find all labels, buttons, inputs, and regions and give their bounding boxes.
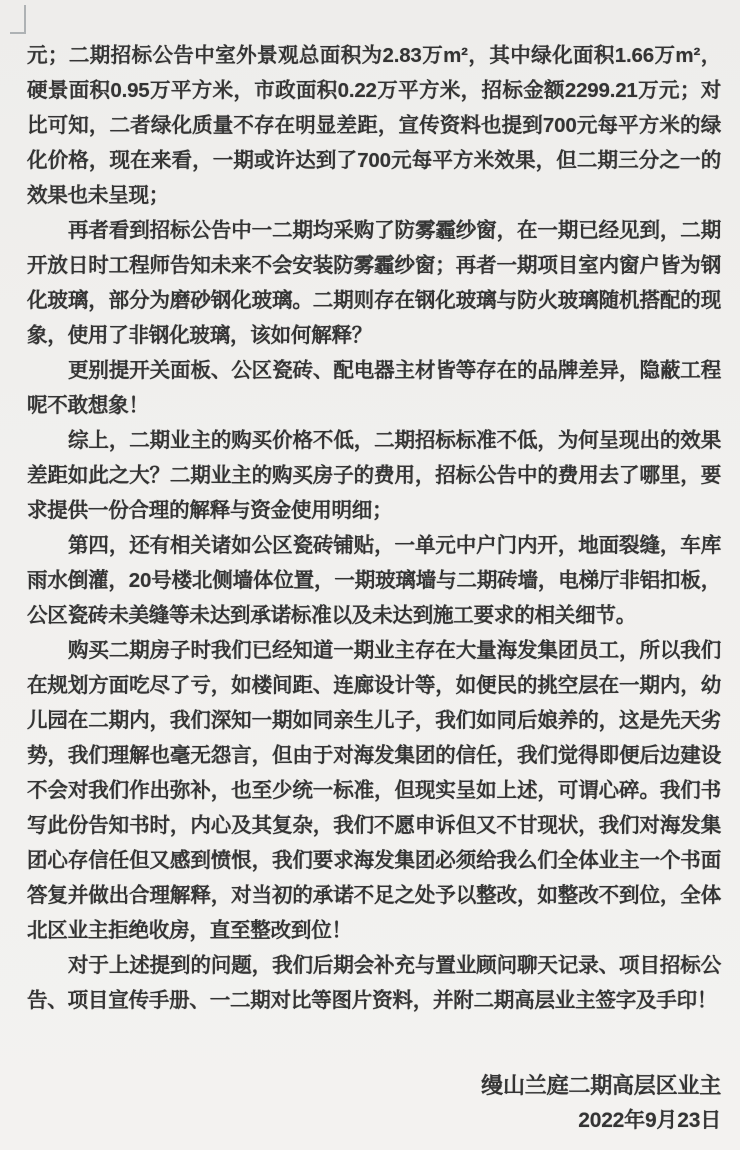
paragraph: 综上，二期业主的购买价格不低，二期招标标准不低，为何呈现出的效果差距如此之大？二…	[27, 423, 721, 528]
date-line: 2022年9月23日	[27, 1103, 721, 1138]
paragraph: 元；二期招标公告中室外景观总面积为2.83万m²，其中绿化面积1.66万m²，硬…	[27, 38, 721, 213]
signature-line: 缦山兰庭二期高层区业主	[27, 1068, 721, 1103]
paragraph: 对于上述提到的问题，我们后期会补充与置业顾问聊天记录、项目招标公告、项目宣传手册…	[27, 948, 721, 1018]
text-boundary-corner-mark	[10, 5, 26, 34]
paragraph: 更别提开关面板、公区瓷砖、配电器主材皆等存在的品牌差异，隐蔽工程呢不敢想象！	[27, 353, 721, 423]
letter-body: 元；二期招标公告中室外景观总面积为2.83万m²，其中绿化面积1.66万m²，硬…	[27, 38, 721, 1138]
paragraph: 购买二期房子时我们已经知道一期业主存在大量海发集团员工，所以我们在规划方面吃尽了…	[27, 633, 721, 948]
signature-block: 缦山兰庭二期高层区业主 2022年9月23日	[27, 1068, 721, 1138]
paragraph: 再者看到招标公告中一二期均采购了防雾霾纱窗，在一期已经见到，二期开放日时工程师告…	[27, 213, 721, 353]
document-page: 元；二期招标公告中室外景观总面积为2.83万m²，其中绿化面积1.66万m²，硬…	[0, 0, 740, 1150]
paragraph: 第四，还有相关诸如公区瓷砖铺贴，一单元中户门内开，地面裂缝，车库雨水倒灌，20号…	[27, 528, 721, 633]
